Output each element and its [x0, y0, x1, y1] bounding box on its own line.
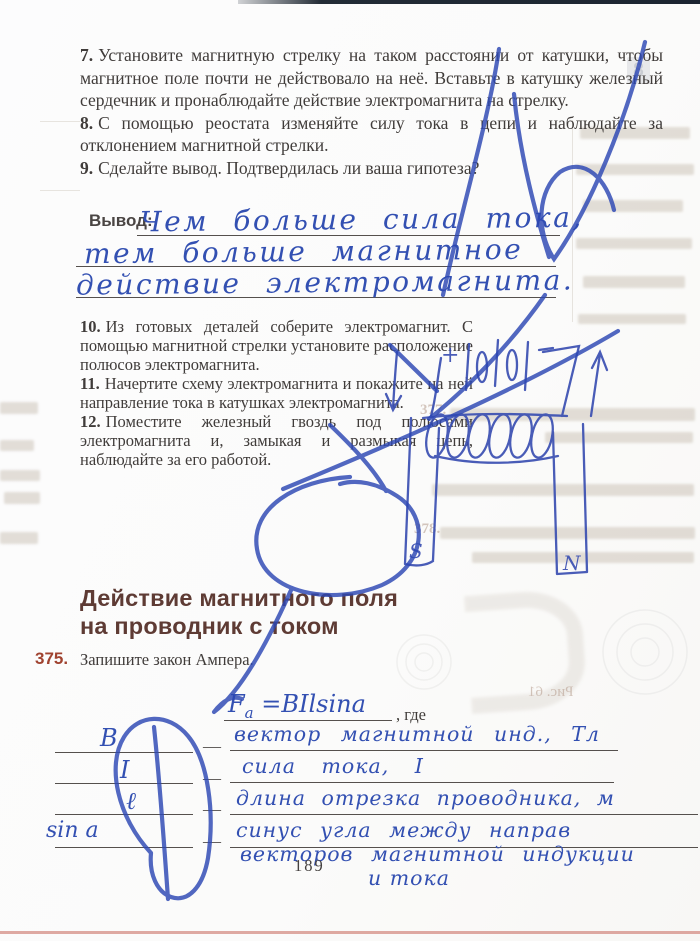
battery-cell [477, 352, 487, 382]
symbol-I: I [120, 756, 129, 784]
battery-cell [507, 350, 517, 380]
show-through-text-blur [583, 276, 685, 288]
battery-plate [525, 342, 528, 390]
formula-f: F [228, 690, 245, 718]
task-8-number: 8. [80, 113, 93, 133]
show-through-text-blur [0, 470, 40, 481]
north-pole-label: N [562, 551, 582, 575]
meaning-sin-a: синус угла между направ [236, 818, 571, 842]
symbol-sin-a: sin a [46, 818, 99, 843]
show-through-text-blur [0, 440, 34, 451]
handwritten-extra-line2: и тока [368, 866, 450, 890]
show-through-line [40, 190, 80, 191]
symbol-l: ℓ [126, 787, 136, 816]
task-7-number: 7. [80, 45, 93, 65]
task-10-number: 10. [80, 317, 101, 336]
show-through-text-blur [578, 314, 686, 324]
task-11-number: 11. [80, 374, 100, 393]
symbol-line [55, 847, 193, 848]
left-lead-wire [431, 358, 441, 416]
task-9-text: Сделайте вывод. Подтвердилась ли ваша ги… [98, 158, 479, 178]
meaning-l: длина отрезка проводника, м [236, 786, 615, 810]
task-8-text: С помощью реостата изменяйте силу тока в… [80, 113, 663, 156]
tasks-7-9: 7.Установите магнитную стрелку на таком … [80, 44, 663, 179]
show-through-text-blur [0, 532, 38, 544]
meaning-I: сила тока, I [242, 754, 424, 778]
formula-rest: =BIlsina [254, 690, 366, 718]
handwritten-formula: Fa =BIlsina [228, 690, 366, 722]
battery-plate [466, 344, 469, 390]
meaning-line [230, 814, 698, 815]
row-dash: — [203, 831, 221, 852]
page-number: 189 [294, 856, 325, 876]
show-through-text-blur [576, 238, 692, 249]
task-12-number: 12. [80, 412, 101, 431]
plus-terminal-label: + [441, 343, 459, 368]
section-title: Действие магнитного поля на проводник с … [80, 584, 398, 640]
coil-windings [423, 412, 557, 459]
meaning-line [230, 750, 618, 751]
meaning-line [230, 782, 614, 783]
show-through-figure-caption: Рис. 61 [528, 684, 574, 701]
show-through-text-blur [4, 492, 40, 504]
task-9: 9.Сделайте вывод. Подтвердилась ли ваша … [80, 157, 663, 180]
current-up-arrow [591, 352, 607, 416]
symbol-B: B [100, 724, 118, 752]
task-9-number: 9. [80, 158, 93, 178]
task-7: 7.Установите магнитную стрелку на таком … [80, 44, 663, 112]
show-through-text-blur [583, 200, 683, 212]
task-375-text: Запишите закон Ампера. [80, 650, 254, 670]
symbol-line [55, 814, 193, 815]
scan-edge-top [238, 0, 700, 4]
current-down-arrow [386, 352, 401, 410]
show-through-line [40, 121, 80, 122]
row-dash: — [203, 736, 221, 757]
meaning-B: вектор магнитной инд., Тл [234, 722, 600, 746]
battery-plate [495, 340, 498, 386]
task-8: 8.С помощью реостата изменяйте силу тока… [80, 112, 663, 157]
formula-subscript: a [245, 704, 254, 722]
south-pole-label: S [409, 539, 423, 563]
hand-drawn-electromagnet-diagram: + S N [383, 336, 628, 586]
symbol-line [55, 752, 193, 753]
row-dash: — [203, 799, 221, 820]
section-title-line1: Действие магнитного поля [80, 584, 398, 612]
section-title-line2: на проводник с током [80, 612, 398, 640]
workbook-page: 8 377. 378. Рис. 61 7.Установите магнитн… [0, 0, 700, 941]
right-lead-wire [543, 346, 579, 416]
row-dash: — [203, 768, 221, 789]
task-7-text: Установите магнитную стрелку на таком ра… [80, 45, 663, 110]
task-375-number: 375. [35, 649, 68, 669]
handwritten-conclusion-line3: действие электромагнита. [76, 263, 575, 301]
show-through-text-blur [0, 402, 38, 414]
facing-page-red-edge [0, 931, 700, 934]
